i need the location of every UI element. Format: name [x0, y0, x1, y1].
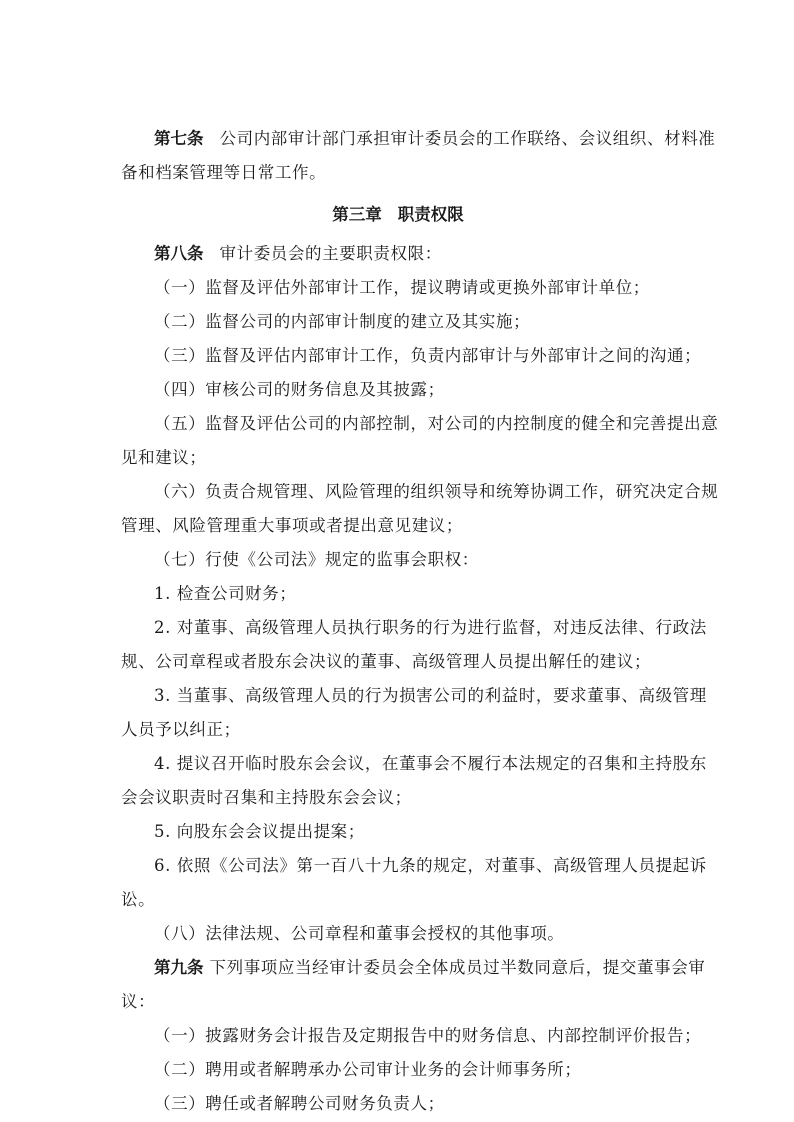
article-9-line-1: 第九条下列事项应当经审计委员会全体成员过半数同意后，提交董事会审: [154, 958, 705, 978]
sub-list-item: 3. 当董事、高级管理人员的行为损害公司的利益时，要求董事、高级管理: [154, 686, 707, 706]
article-8-label: 第八条: [154, 244, 204, 263]
list-item-continuation: 管理、风险管理重大事项或者提出意见建议；: [121, 516, 463, 536]
list-item-continuation: 见和建议；: [121, 448, 207, 468]
article-9-line-2: 议：: [121, 992, 155, 1012]
list-item: （七）行使《公司法》规定的监事会职权：: [154, 550, 479, 570]
list-item: （六）负责合规管理、风险管理的组织领导和统筹协调工作，研究决定合规: [154, 482, 718, 502]
list-item: （三）监督及评估内部审计工作，负责内部审计与外部审计之间的沟通；: [154, 346, 701, 366]
article-7-line-1: 第七条公司内部审计部门承担审计委员会的工作联络、会议组织、材料准: [154, 129, 715, 149]
list-item: （一）监督及评估外部审计工作，提议聘请或更换外部审计单位；: [154, 278, 650, 298]
list-item: （一）披露财务会计报告及定期报告中的财务信息、内部控制评价报告；: [154, 1026, 701, 1046]
list-item: （二）监督公司的内部审计制度的建立及其实施；: [154, 312, 530, 332]
chapter-3-heading: 第三章职责权限: [121, 205, 675, 225]
article-7-label: 第七条: [154, 129, 204, 148]
sub-list-item: 2. 对董事、高级管理人员执行职务的行为进行监督，对违反法律、行政法: [154, 618, 707, 638]
list-item: （四）审核公司的财务信息及其披露；: [154, 380, 445, 400]
sub-list-item: 4. 提议召开临时股东会会议，在董事会不履行本法规定的召集和主持股东: [154, 754, 707, 774]
list-item: （八）法律法规、公司章程和董事会授权的其他事项。: [154, 924, 564, 944]
sub-list-item-continuation: 人员予以纠正；: [121, 720, 241, 740]
article-9-label: 第九条: [154, 958, 204, 977]
list-item: （二）聘用或者解聘承办公司审计业务的会计师事务所；: [154, 1060, 582, 1080]
sub-list-item: 5. 向股东会会议提出提案；: [154, 822, 365, 842]
sub-list-item: 1. 检查公司财务；: [154, 584, 297, 604]
article-7-line-2: 备和档案管理等日常工作。: [121, 163, 326, 183]
sub-list-item-continuation: 规、公司章程或者股东会决议的董事、高级管理人员提出解任的建议；: [121, 652, 651, 672]
sub-list-item-continuation: 讼。: [121, 890, 155, 910]
sub-list-item-continuation: 会会议职责时召集和主持股东会会议；: [121, 788, 412, 808]
article-8-intro: 第八条审计委员会的主要职责权限：: [154, 244, 442, 264]
sub-list-item: 6. 依照《公司法》第一百八十九条的规定，对董事、高级管理人员提起诉: [154, 856, 707, 876]
list-item: （三）聘任或者解聘公司财务负责人；: [154, 1094, 445, 1114]
list-item: （五）监督及评估公司的内部控制，对公司的内控制度的健全和完善提出意: [154, 414, 718, 434]
